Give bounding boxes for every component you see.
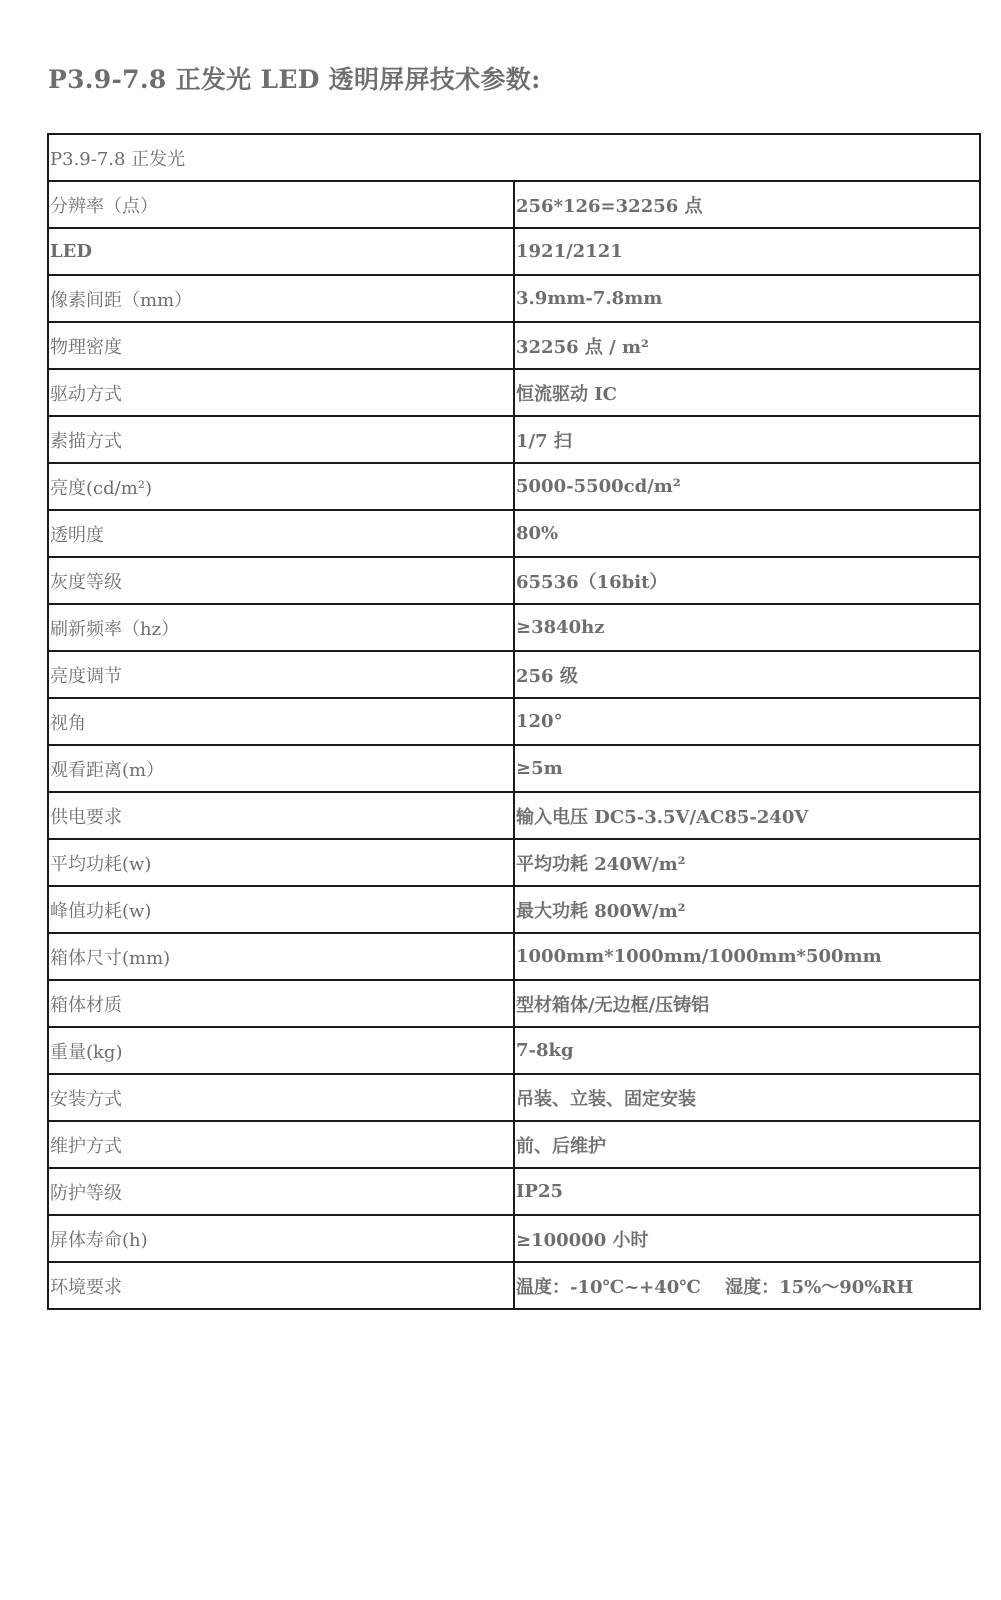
- table-row: 灰度等级65536（16bit）: [48, 557, 980, 604]
- row-label: 箱体尺寸(mm): [48, 933, 514, 980]
- row-label: 驱动方式: [48, 369, 514, 416]
- row-label: 物理密度: [48, 322, 514, 369]
- table-row: LED 1921/2121: [48, 228, 980, 275]
- row-label: 透明度: [48, 510, 514, 557]
- row-value: 32256 点 / m²: [514, 322, 980, 369]
- row-label: 峰值功耗(w): [48, 886, 514, 933]
- spec-table: P3.9-7.8 正发光 分辨率（点）256*126=32256 点 LED 1…: [47, 133, 981, 1310]
- row-value: 1921/2121: [514, 228, 980, 275]
- row-label: 观看距离(m）: [48, 745, 514, 792]
- row-value: IP25: [514, 1168, 980, 1215]
- row-label: 箱体材质: [48, 980, 514, 1027]
- row-label: 重量(kg): [48, 1027, 514, 1074]
- row-label: 灰度等级: [48, 557, 514, 604]
- row-value: 吊装、立装、固定安装: [514, 1074, 980, 1121]
- table-header-cell: P3.9-7.8 正发光: [48, 134, 980, 181]
- row-label: 平均功耗(w): [48, 839, 514, 886]
- table-row: 透明度80%: [48, 510, 980, 557]
- row-value: 80%: [514, 510, 980, 557]
- table-row: 刷新频率（hz）≥3840hz: [48, 604, 980, 651]
- table-row: 像素间距（mm）3.9mm-7.8mm: [48, 275, 980, 322]
- table-row: 视角120°: [48, 698, 980, 745]
- row-label: 维护方式: [48, 1121, 514, 1168]
- table-row: 分辨率（点）256*126=32256 点: [48, 181, 980, 228]
- row-label: 亮度调节: [48, 651, 514, 698]
- row-value: ≥5m: [514, 745, 980, 792]
- table-row: 维护方式前、后维护: [48, 1121, 980, 1168]
- row-value: 输入电压 DC5-3.5V/AC85-240V: [514, 792, 980, 839]
- row-value: 120°: [514, 698, 980, 745]
- row-label: 安装方式: [48, 1074, 514, 1121]
- table-row: 安装方式吊装、立装、固定安装: [48, 1074, 980, 1121]
- row-value: 恒流驱动 IC: [514, 369, 980, 416]
- row-label: 刷新频率（hz）: [48, 604, 514, 651]
- table-row: 重量(kg)7-8kg: [48, 1027, 980, 1074]
- row-value: 平均功耗 240W/m²: [514, 839, 980, 886]
- row-label: 供电要求: [48, 792, 514, 839]
- row-value: ≥100000 小时: [514, 1215, 980, 1262]
- row-value: 最大功耗 800W/m²: [514, 886, 980, 933]
- row-value: 型材箱体/无边框/压铸铝: [514, 980, 980, 1027]
- row-label: 屏体寿命(h): [48, 1215, 514, 1262]
- table-row: 观看距离(m）≥5m: [48, 745, 980, 792]
- table-row: 亮度(cd/m²)5000-5500cd/m²: [48, 463, 980, 510]
- table-row: 峰值功耗(w)最大功耗 800W/m²: [48, 886, 980, 933]
- row-value: 3.9mm-7.8mm: [514, 275, 980, 322]
- table-row: 防护等级IP25: [48, 1168, 980, 1215]
- table-row: 供电要求输入电压 DC5-3.5V/AC85-240V: [48, 792, 980, 839]
- row-label: 环境要求: [48, 1262, 514, 1309]
- table-row: 素描方式1/7 扫: [48, 416, 980, 463]
- table-row: 箱体尺寸(mm)1000mm*1000mm/1000mm*500mm: [48, 933, 980, 980]
- row-value: 256*126=32256 点: [514, 181, 980, 228]
- row-value: 前、后维护: [514, 1121, 980, 1168]
- row-value: 256 级: [514, 651, 980, 698]
- document-title: P3.9-7.8 正发光 LED 透明屏屏技术参数:: [48, 60, 541, 96]
- table-row: 平均功耗(w)平均功耗 240W/m²: [48, 839, 980, 886]
- row-value: 7-8kg: [514, 1027, 980, 1074]
- row-label: 防护等级: [48, 1168, 514, 1215]
- table-row: 箱体材质型材箱体/无边框/压铸铝: [48, 980, 980, 1027]
- row-label: LED: [48, 228, 514, 275]
- row-value: 5000-5500cd/m²: [514, 463, 980, 510]
- row-label: 分辨率（点）: [48, 181, 514, 228]
- table-row: 亮度调节256 级: [48, 651, 980, 698]
- row-label: 素描方式: [48, 416, 514, 463]
- row-value: 温度：-10℃~+40℃ 湿度：15%～90%RH: [514, 1262, 980, 1309]
- table-row: 屏体寿命(h)≥100000 小时: [48, 1215, 980, 1262]
- row-value: 65536（16bit）: [514, 557, 980, 604]
- row-label: 视角: [48, 698, 514, 745]
- row-value: 1000mm*1000mm/1000mm*500mm: [514, 933, 980, 980]
- row-label: 像素间距（mm）: [48, 275, 514, 322]
- row-value: 1/7 扫: [514, 416, 980, 463]
- table-row: 物理密度32256 点 / m²: [48, 322, 980, 369]
- row-label: 亮度(cd/m²): [48, 463, 514, 510]
- row-value: ≥3840hz: [514, 604, 980, 651]
- table-header-row: P3.9-7.8 正发光: [48, 134, 980, 181]
- table-row: 驱动方式恒流驱动 IC: [48, 369, 980, 416]
- table-row: 环境要求温度：-10℃~+40℃ 湿度：15%～90%RH: [48, 1262, 980, 1309]
